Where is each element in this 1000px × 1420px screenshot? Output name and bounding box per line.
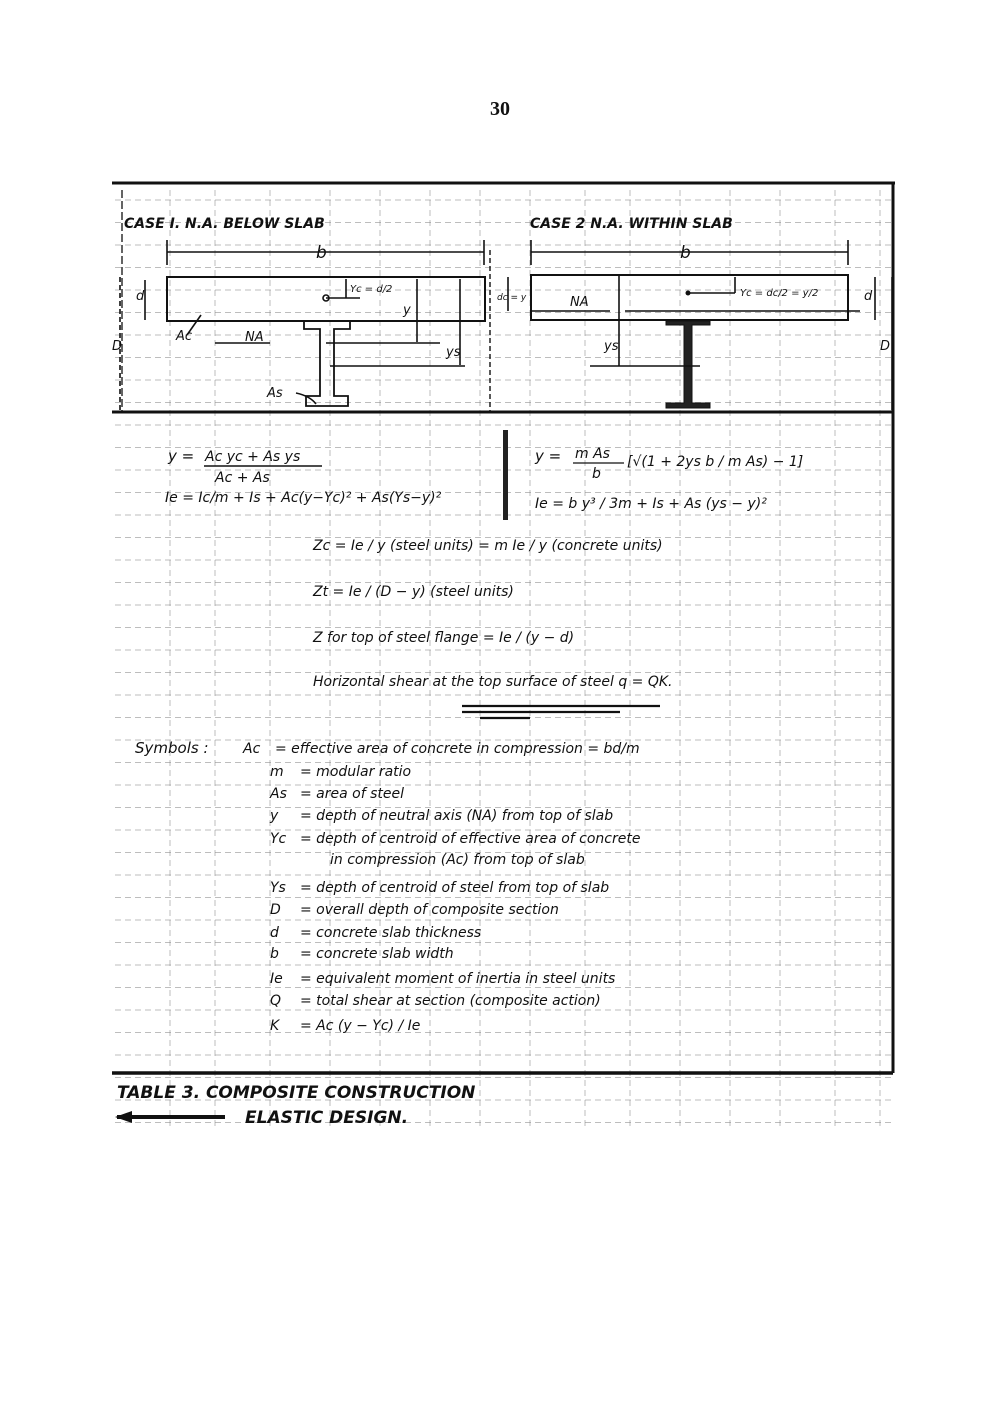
svg-text:d: d — [864, 289, 873, 304]
symbol-term: m — [270, 764, 284, 780]
symbol-definition: = total shear at section (composite acti… — [300, 993, 601, 1009]
svg-text:Ie = Ic/m + Is + Ac(y−Yc)² + A: Ie = Ic/m + Is + Ac(y−Yc)² + As(Ys−y)² — [165, 490, 442, 506]
symbols-list: Symbols : Ac= effective area of concrete… — [135, 739, 640, 1034]
symbol-term: d — [270, 925, 279, 941]
symbol-definition: = concrete slab thickness — [300, 925, 481, 941]
svg-text:b: b — [680, 243, 691, 263]
table-caption: TABLE 3. COMPOSITE CONSTRUCTION ELASTIC … — [115, 1083, 475, 1128]
case1-formulas: y = Ac yc + As ys Ac + As Ie = Ic/m + Is… — [165, 447, 442, 506]
symbol-definition: = effective area of concrete in compress… — [275, 741, 640, 757]
svg-text:Ie = b y³ / 3m + Is + As (ys −: Ie = b y³ / 3m + Is + As (ys − y)² — [535, 496, 767, 512]
svg-text:m As: m As — [575, 446, 610, 462]
svg-text:D: D — [112, 339, 122, 354]
table-sheet: CASE I. N.A. BELOW SLAB — [0, 0, 1000, 1420]
symbol-definition: = depth of centroid of effective area of… — [300, 831, 640, 847]
symbol-term: Ie — [270, 971, 283, 987]
svg-text:ys: ys — [603, 339, 619, 354]
symbol-definition: = overall depth of composite section — [300, 902, 559, 918]
symbol-definition: = equivalent moment of inertia in steel … — [300, 971, 615, 987]
symbol-definition: = area of steel — [300, 786, 404, 802]
svg-text:Symbols :: Symbols : — [135, 739, 209, 757]
symbol-term: K — [270, 1018, 281, 1034]
svg-text:NA: NA — [570, 295, 589, 310]
svg-text:b: b — [316, 243, 327, 263]
symbol-definition: = depth of centroid of steel from top of… — [300, 880, 609, 896]
svg-text:dc = y: dc = y — [497, 293, 527, 303]
symbol-term: y — [269, 808, 279, 824]
symbol-definition: = depth of neutral axis (NA) from top of… — [300, 808, 613, 824]
case2-title: CASE 2 N.A. WITHIN SLAB — [530, 216, 733, 232]
svg-text:y =: y = — [167, 447, 194, 465]
svg-text:As: As — [266, 386, 283, 401]
case1-title: CASE I. N.A. BELOW SLAB — [124, 216, 325, 232]
symbol-term: As — [269, 786, 287, 802]
symbol-term: b — [270, 946, 279, 962]
svg-text:d: d — [136, 289, 145, 304]
symbol-definition: in compression (Ac) from top of slab — [330, 852, 585, 868]
symbol-term: Yc — [270, 831, 287, 847]
svg-text:NA: NA — [245, 330, 264, 345]
svg-text:Yc = dc/2 = y/2: Yc = dc/2 = y/2 — [740, 288, 818, 299]
symbol-definition: = concrete slab width — [300, 946, 454, 962]
svg-text:Ac: Ac — [175, 329, 192, 344]
svg-text:Ac yc + As ys: Ac yc + As ys — [204, 449, 300, 465]
symbol-definition: = Ac (y − Yc) / Ie — [300, 1018, 420, 1034]
svg-text:b: b — [592, 466, 601, 482]
graph-grid — [115, 190, 893, 1130]
svg-text:Zc = Ie / y (steel units) = m: Zc = Ie / y (steel units) = m Ie / y (co… — [312, 538, 663, 554]
svg-text:ELASTIC DESIGN.: ELASTIC DESIGN. — [245, 1108, 408, 1128]
svg-text:Yc = d/2: Yc = d/2 — [350, 284, 392, 295]
svg-text:y: y — [402, 303, 411, 318]
symbol-term: Ys — [270, 880, 286, 896]
svg-text:[√(1 + 2ys b / m As) − 1]: [√(1 + 2ys b / m As) − 1] — [627, 454, 803, 470]
case2-formulas: y = m As b [√(1 + 2ys b / m As) − 1] Ie … — [534, 446, 803, 512]
common-formulas: Zc = Ie / y (steel units) = m Ie / y (co… — [312, 538, 673, 690]
svg-text:Z for top of steel flange = Ie: Z for top of steel flange = Ie / (y − d) — [312, 630, 574, 646]
svg-text:TABLE 3. COMPOSITE CONSTRUCTIO: TABLE 3. COMPOSITE CONSTRUCTION — [117, 1083, 475, 1103]
svg-text:Horizontal shear at the top su: Horizontal shear at the top surface of s… — [313, 674, 673, 690]
svg-text:Zt = Ie / (D − y) (steel units: Zt = Ie / (D − y) (steel units) — [312, 584, 514, 600]
symbol-term: Ac — [242, 741, 261, 757]
symbol-term: Q — [270, 993, 281, 1009]
svg-text:ys: ys — [445, 345, 461, 360]
svg-text:y =: y = — [534, 447, 561, 465]
svg-text:D: D — [880, 339, 890, 354]
symbol-term: D — [270, 902, 281, 918]
svg-text:Ac + As: Ac + As — [214, 470, 270, 486]
symbol-definition: = modular ratio — [300, 764, 411, 780]
